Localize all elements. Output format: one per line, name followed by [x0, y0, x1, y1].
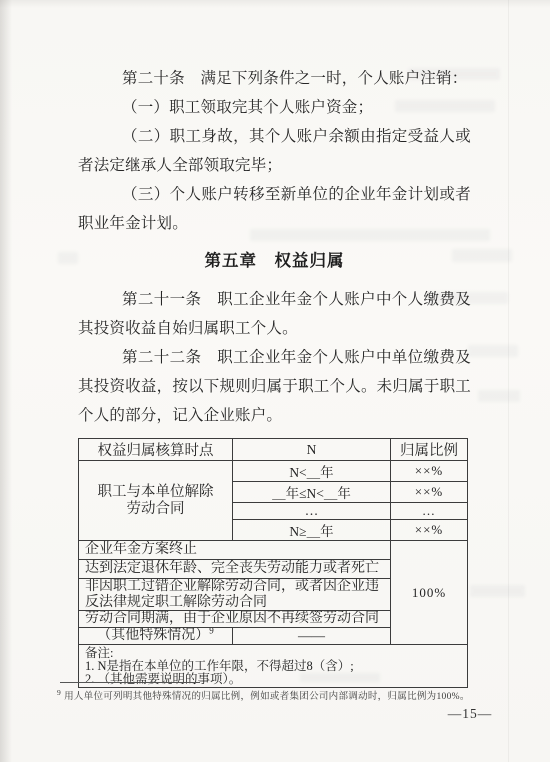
bleedthrough-smudge — [468, 345, 518, 357]
article-20-item-1: （一）职工领取完其个人账户资金； — [78, 93, 471, 122]
table-header-n: N — [233, 439, 391, 461]
table-cell-n-range: N<＿年 — [233, 461, 391, 482]
table-cell-condition-plan-end: 企业年金方案终止 — [79, 541, 391, 560]
article-20: 第二十条 满足下列条件之一时，个人账户注销： — [78, 64, 471, 93]
bleedthrough-smudge — [478, 390, 520, 402]
table-cell-ratio: ××% — [391, 520, 468, 541]
vesting-ratio-table: 权益归属核算时点 N 归属比例 职工与本单位解除 劳动合同 N<＿年 ××% ＿… — [78, 438, 468, 688]
table-cell-termination-group: 职工与本单位解除 劳动合同 — [79, 461, 233, 541]
article-20-item-2: （二）职工身故，其个人账户余额由指定受益人或者法定继承人全部领取完毕； — [78, 122, 471, 180]
bleedthrough-smudge — [58, 252, 78, 264]
table-cell-condition-retirement: 达到法定退休年龄、完全丧失劳动能力或者死亡 — [79, 560, 391, 579]
table-cell-ratio-100: 100% — [391, 541, 468, 645]
footnote-text: 用人单位可列明其他特殊情况的归属比例，例如或者集团公司内部调动时，归属比例为10… — [64, 692, 470, 702]
table-cell-ratio: ××% — [391, 482, 468, 503]
page-number: —15— — [430, 706, 510, 722]
table-header-ratio: 归属比例 — [391, 439, 468, 461]
table-cell-n-range: ＿年≤N<＿年 — [233, 482, 391, 503]
footnote-marker: 9 — [57, 688, 61, 697]
table-cell-ratio: … — [391, 503, 468, 520]
footnote-separator — [60, 682, 200, 683]
article-20-item-3: （三）个人账户转移至新单位的企业年金计划或者职业年金计划。 — [78, 180, 471, 238]
footnote-ref-marker: 9 — [209, 628, 214, 636]
notes-item-1: 1. N是指在本单位的工作年限，不得超过8（含）; — [85, 660, 461, 673]
table-cell-n-range: … — [233, 503, 391, 520]
table-header-timing: 权益归属核算时点 — [79, 439, 233, 461]
notes-title: 备注: — [85, 647, 461, 660]
table-cell-other-special: （其他特殊情况）9 — [79, 628, 233, 645]
scanned-document-page: 第二十条 满足下列条件之一时，个人账户注销： （一）职工领取完其个人账户资金； … — [0, 0, 550, 762]
bleedthrough-smudge — [470, 585, 525, 597]
table-cell-dash: —— — [233, 628, 391, 645]
scan-fold-line — [508, 0, 509, 762]
table-cell-n-range: N≥＿年 — [233, 520, 391, 541]
table-cell-ratio: ××% — [391, 461, 468, 482]
article-21: 第二十一条 职工企业年金个人账户中个人缴费及其投资收益自始归属职工个人。 — [78, 285, 471, 343]
table-cell-condition-no-fault: 非因职工过错企业解除劳动合同，或者因企业违反法律规定职工解除劳动合同 — [79, 579, 391, 611]
chapter-5-title: 第五章 权益归属 — [78, 246, 471, 275]
notes-item-2: 2. （其他需要说明的事项）。 — [85, 673, 461, 686]
table-cell-condition-contract-expiry: 劳动合同期满，由于企业原因不再续签劳动合同 — [79, 611, 391, 628]
scan-top-shadow — [0, 0, 550, 8]
scan-left-shadow — [0, 0, 12, 762]
document-body: 第二十条 满足下列条件之一时，个人账户注销： （一）职工领取完其个人账户资金； … — [78, 64, 471, 430]
article-22: 第二十二条 职工企业年金个人账户中单位缴费及其投资收益，按以下规则归属于职工个人… — [78, 343, 471, 430]
footnote: 9用人单位可列明其他特殊情况的归属比例，例如或者集团公司内部调动时，归属比例为1… — [57, 687, 497, 703]
